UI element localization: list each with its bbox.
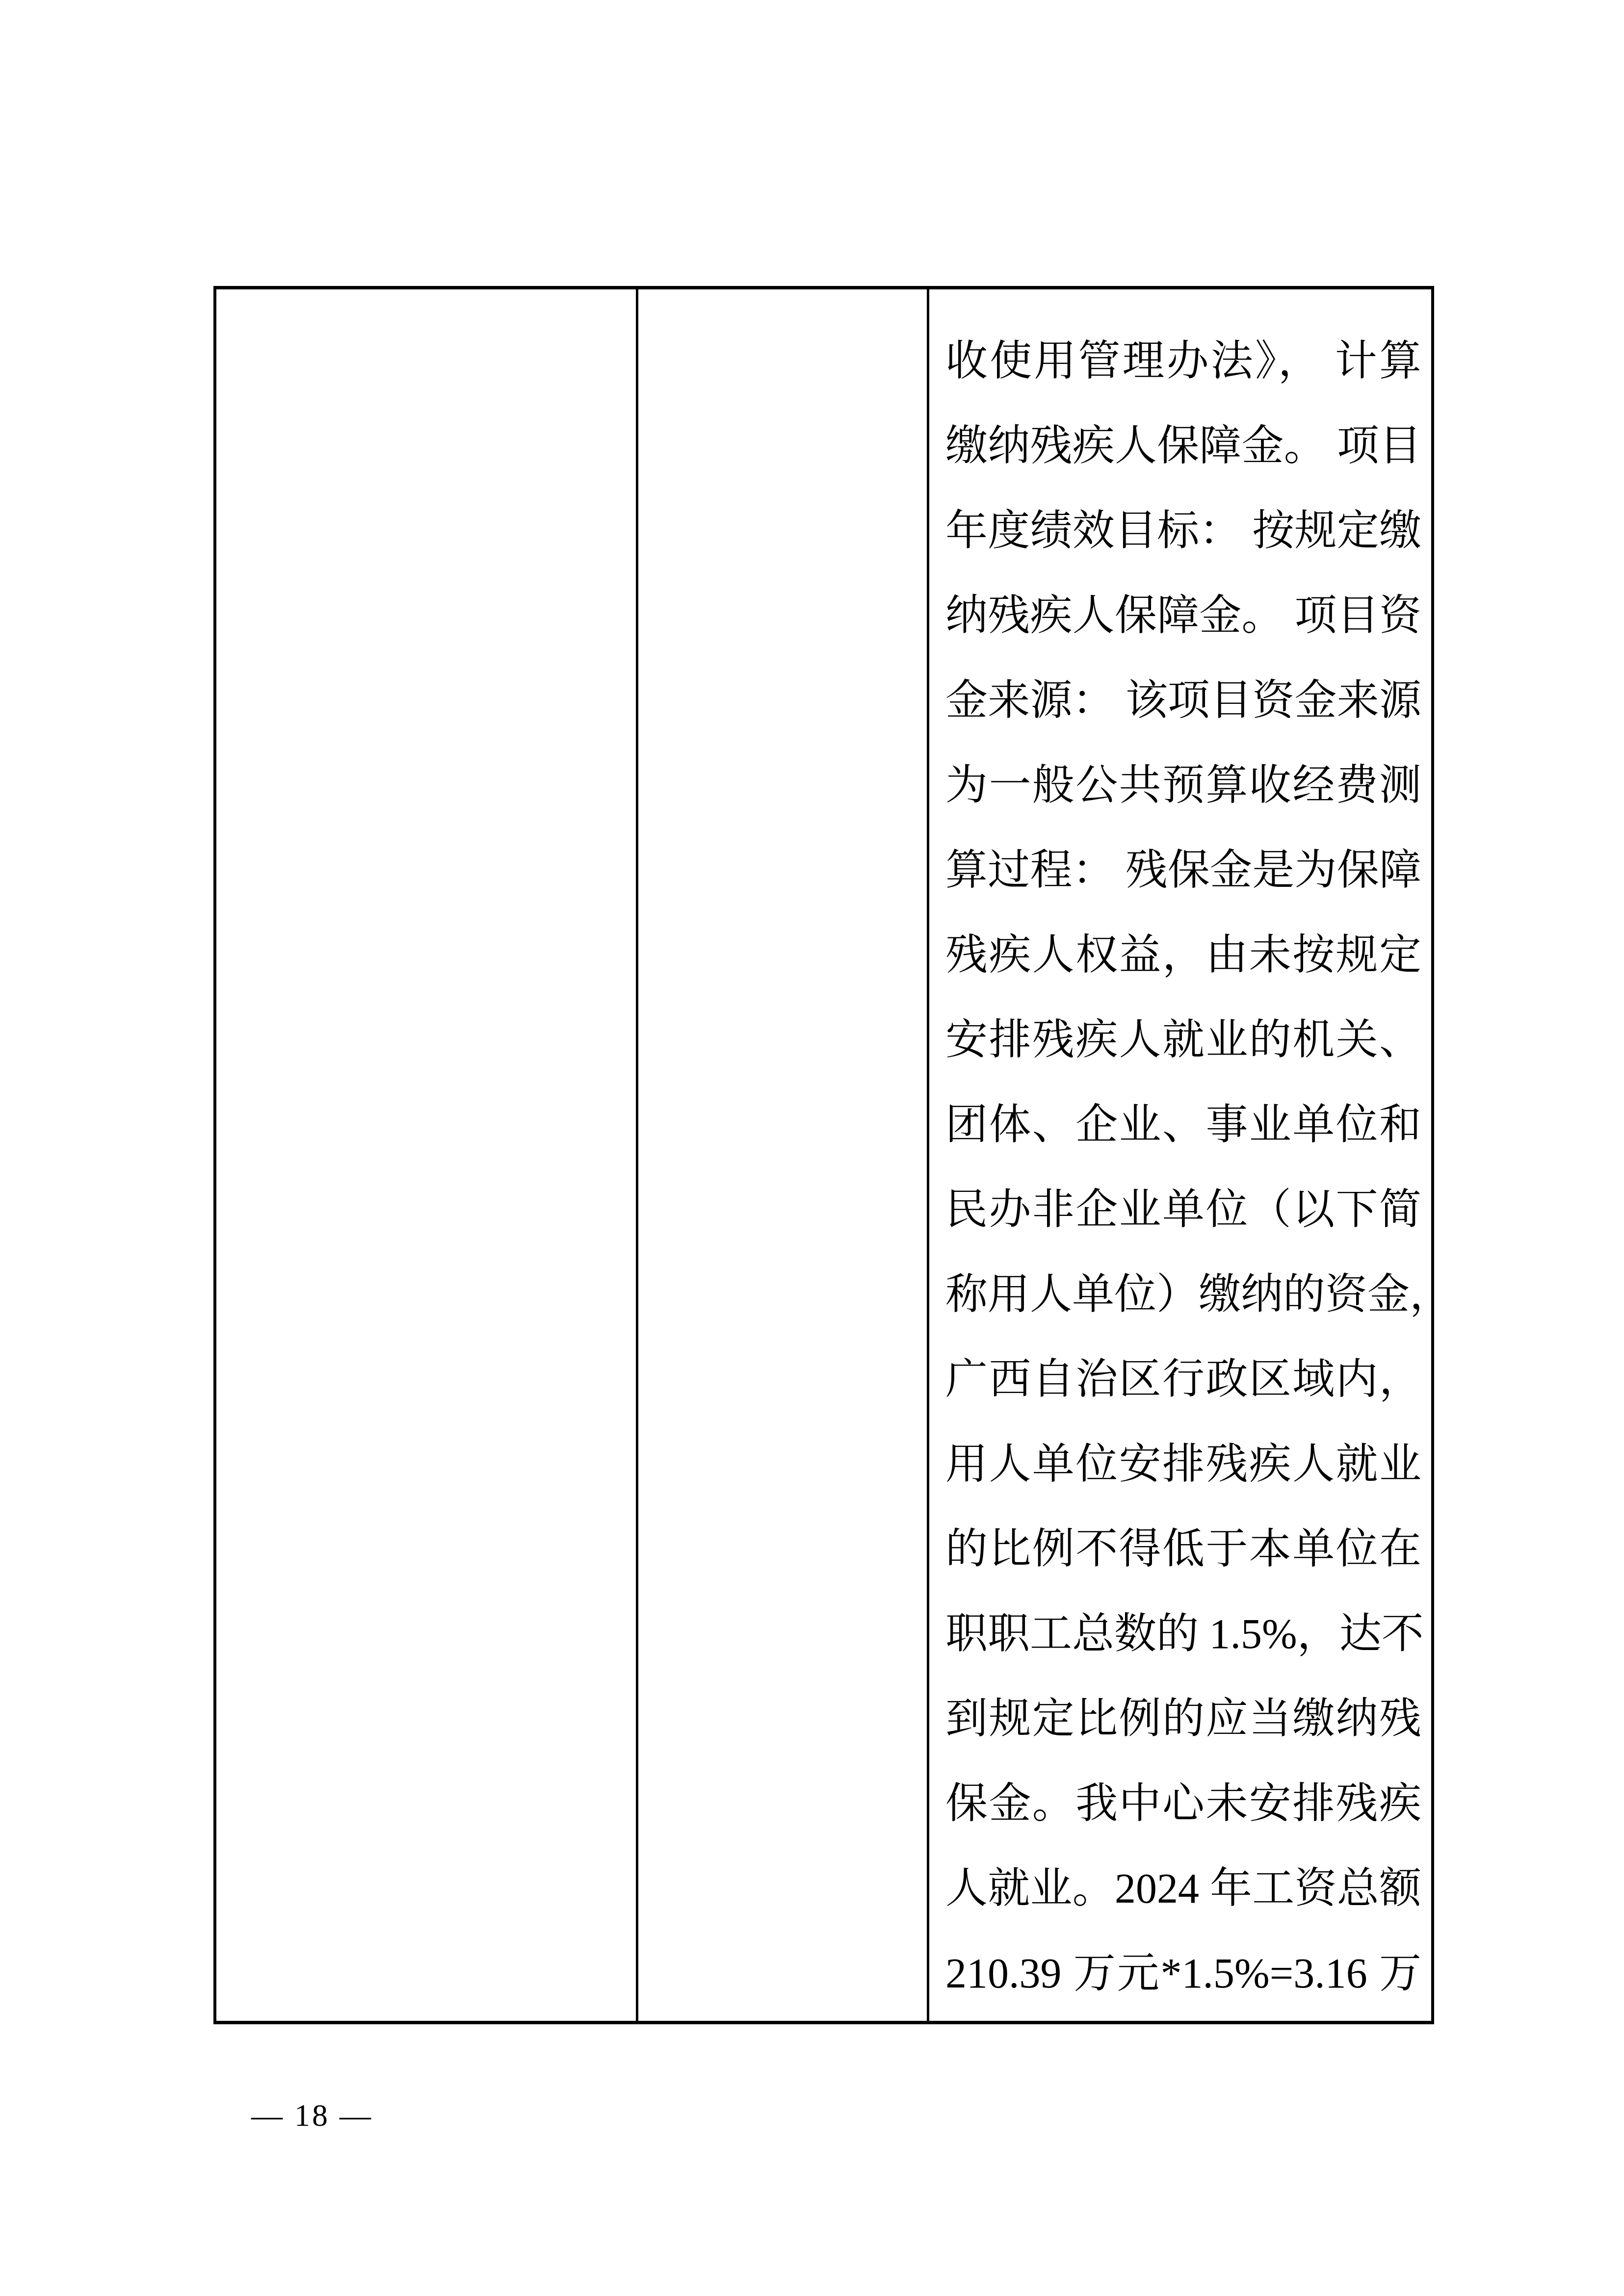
text-line: 保金。我中心未安排残疾 bbox=[945, 1761, 1421, 1846]
document-page: 收使用管理办法》， 计算 缴纳残疾人保障金。 项目 年度绩效目标： 按规定缴 纳… bbox=[0, 0, 1624, 2296]
text-line: 收使用管理办法》， 计算 bbox=[945, 319, 1421, 404]
text-line: 为一般公共预算收经费测 bbox=[945, 743, 1421, 828]
text-line: 缴纳残疾人保障金。 项目 bbox=[945, 404, 1421, 489]
text-line: 团体、企业、事业单位和 bbox=[945, 1083, 1421, 1167]
table-cell-empty-1 bbox=[216, 289, 638, 2021]
text-line: 民办非企业单位（以下简 bbox=[945, 1167, 1421, 1252]
text-line: 到规定比例的应当缴纳残 bbox=[945, 1677, 1421, 1761]
text-line: 职职工总数的 1.5%，达不 bbox=[945, 1592, 1421, 1677]
text-line: 残疾人权益，由未按规定 bbox=[945, 913, 1421, 998]
text-line: 安排残疾人就业的机关、 bbox=[945, 998, 1421, 1083]
text-line: 纳残疾人保障金。 项目资 bbox=[945, 573, 1421, 658]
text-line: 210.39 万元*1.5%=3.16 万 bbox=[945, 1931, 1421, 2016]
table-cell-description: 收使用管理办法》， 计算 缴纳残疾人保障金。 项目 年度绩效目标： 按规定缴 纳… bbox=[929, 289, 1431, 2021]
text-line: 的比例不得低于本单位在 bbox=[945, 1507, 1421, 1592]
text-line: 用人单位安排残疾人就业 bbox=[945, 1422, 1421, 1507]
text-line: 算过程： 残保金是为保障 bbox=[945, 828, 1421, 913]
text-line: 广西自治区行政区域内， bbox=[945, 1337, 1421, 1422]
page-number: — 18 — bbox=[251, 2098, 373, 2133]
text-line: 称用人单位）缴纳的资金， bbox=[945, 1252, 1421, 1337]
text-line: 金来源： 该项目资金来源 bbox=[945, 658, 1421, 743]
text-line: 年度绩效目标： 按规定缴 bbox=[945, 489, 1421, 573]
text-line: 人就业。2024 年工资总额 bbox=[945, 1846, 1421, 1931]
data-table: 收使用管理办法》， 计算 缴纳残疾人保障金。 项目 年度绩效目标： 按规定缴 纳… bbox=[213, 286, 1434, 2024]
table-cell-empty-2 bbox=[638, 289, 929, 2021]
